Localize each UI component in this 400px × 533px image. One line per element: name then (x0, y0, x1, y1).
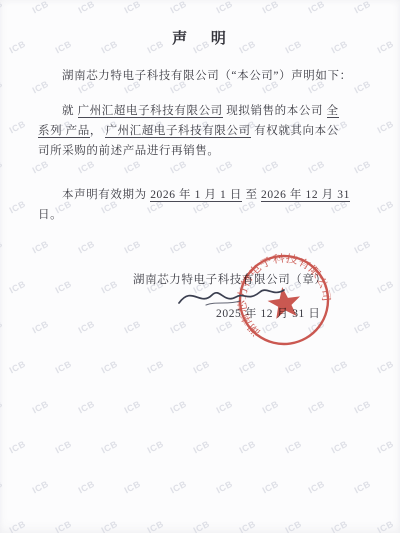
validity-text: 至 (242, 189, 261, 201)
clause-text: 有权就其向本公 (251, 125, 339, 137)
intro-paragraph: 湖南芯力特电子科技有限公司（“本公司”）声明如下： (38, 66, 370, 86)
clause-text: 司所采购的前述产品进行再销售。 (38, 145, 220, 157)
statement-document: ICBICBICBICBICBICBICBICBICBICBICBICBICBI… (0, 0, 400, 533)
document-content: 声 明 湖南芯力特电子科技有限公司（“本公司”）声明如下： 就 广州汇超电子科技… (0, 0, 400, 533)
signature-date-line: 2025 年 12 月 31 日 (216, 305, 320, 321)
validity-line-2: 日。 (38, 205, 370, 225)
clause-line-2: 系列 产品， 广州汇超电子科技有限公司 有权就其向本公 (38, 121, 370, 141)
product-blank-end: 系列 产品 (38, 125, 90, 138)
clause-line-3: 司所采购的前述产品进行再销售。 (38, 141, 370, 161)
validity-text: 本声明有效期为 (62, 189, 150, 201)
validity-text: 日。 (38, 209, 62, 221)
clause-text: 现拟销售的本公司 (223, 105, 327, 117)
svg-text:湖南芯力特电子科技有限公司: 湖南芯力特电子科技有限公司 (231, 247, 336, 341)
statement-body: 湖南芯力特电子科技有限公司（“本公司”）声明如下： 就 广州汇超电子科技有限公司… (38, 66, 370, 225)
seal-arc-text: 湖南芯力特电子科技有限公司 (231, 247, 336, 341)
product-blank-start: 全 (327, 105, 339, 118)
clause-line-1: 就 广州汇超电子科技有限公司 现拟销售的本公司 全 (38, 101, 370, 121)
start-date-blank: 2026 年 1 月 1 日 (150, 189, 242, 202)
clause-text: ， (90, 125, 106, 137)
seal-circle (234, 250, 333, 349)
signature-stroke (179, 290, 284, 303)
validity-paragraph: 本声明有效期为 2026 年 1 月 1 日 至 2026 年 12 月 31 … (38, 185, 370, 225)
clause-paragraph: 就 广州汇超电子科技有限公司 现拟销售的本公司 全 系列 产品， 广州汇超电子科… (38, 101, 370, 161)
reseller-name-blank: 广州汇超电子科技有限公司 (105, 125, 250, 138)
company-seal-stamp: 湖南芯力特电子科技有限公司 (231, 247, 337, 353)
validity-line-1: 本声明有效期为 2026 年 1 月 1 日 至 2026 年 12 月 31 (38, 185, 370, 205)
intro-text: 湖南芯力特电子科技有限公司（“本公司”）声明如下： (62, 70, 352, 82)
reseller-name-blank: 广州汇超电子科技有限公司 (78, 105, 223, 118)
clause-text: 就 (62, 105, 78, 117)
end-date-blank: 2026 年 12 月 31 (261, 189, 350, 202)
statement-title: 声 明 (0, 27, 400, 48)
signature-company-line: 湖南芯力特电子科技有限公司（章） (133, 271, 327, 287)
